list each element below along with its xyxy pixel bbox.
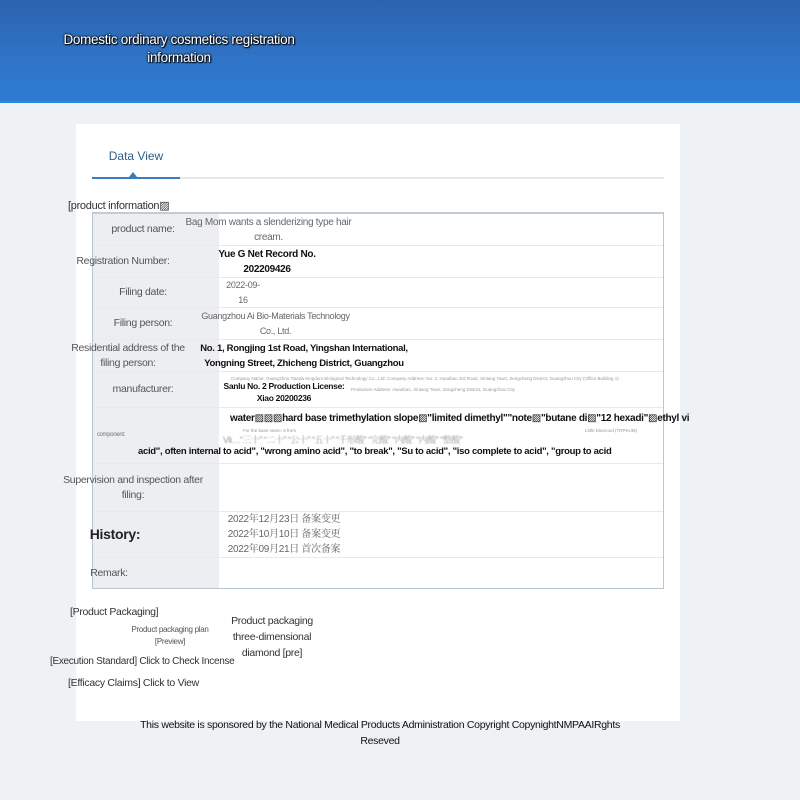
- history-entry: 2022年09月21日 首次备案: [224, 542, 344, 557]
- field-label: Residential address of the filing person…: [68, 340, 188, 371]
- table-row-filing-person: Filing person: Guangzhou Ai Bio-Material…: [93, 308, 663, 340]
- footer-copyright: This website is sponsored by the Nationa…: [140, 717, 620, 749]
- packaging-plan-label: Product packaging plan: [125, 624, 215, 636]
- product-info-table: product name: Bag Mom wants a slenderizi…: [92, 212, 664, 589]
- field-label: Remark:: [89, 558, 129, 589]
- page-title: Domestic ordinary cosmetics registration…: [60, 31, 298, 67]
- field-label: Filing date:: [63, 278, 223, 307]
- manufacturer-license: Sanlu No. 2 Production License: Xiao 202…: [219, 380, 349, 404]
- packaging-3d-link[interactable]: Product packaging three-dimensional diam…: [228, 613, 316, 661]
- filing-person-value: Guangzhou Ai Bio-Materials Technology Co…: [193, 308, 358, 339]
- component-line-1: water▨▨▨hard base trimethylation slope▨"…: [230, 413, 689, 424]
- field-label: History:: [85, 512, 145, 557]
- component-note-right: Little Diamond (TRPKUM): [585, 428, 637, 434]
- history-list: 2022年12月23日 备案变更 2022年10月10日 备案变更 2022年0…: [224, 512, 344, 557]
- packaging-plan-preview: [Preview]: [125, 636, 215, 648]
- field-label: component:: [91, 408, 131, 463]
- table-row-remark: Remark:: [93, 558, 663, 589]
- packaging-plan-link[interactable]: Product packaging plan [Preview]: [125, 624, 215, 648]
- table-row-history: History: 2022年12月23日 备案变更 2022年10月10日 备案…: [93, 512, 663, 558]
- table-row-product-name: product name: Bag Mom wants a slenderizi…: [93, 214, 663, 246]
- history-entry: 2022年10月10日 备案变更: [224, 527, 344, 542]
- table-row-component: component: water▨▨▨hard base trimethylat…: [93, 408, 663, 464]
- field-label: Supervision and inspection after filing:: [53, 464, 213, 511]
- tab-caret-icon: [129, 172, 137, 177]
- product-name-value: Bag Mom wants a slenderizing type hair c…: [181, 214, 356, 245]
- component-line-3: acid", often internal to acid", "wrong a…: [138, 446, 611, 457]
- table-row-manufacturer: manufacturer: Company Name: Guangzhou Ti…: [93, 372, 663, 408]
- field-label: Registration Number:: [73, 246, 173, 277]
- residential-address-value: No. 1, Rongjing 1st Road, Yingshan Inter…: [189, 340, 419, 371]
- history-entry: 2022年12月23日 备案变更: [224, 512, 344, 527]
- field-label: manufacturer:: [63, 372, 223, 407]
- component-line-2: Vii…“三十” “二十” “公十” “五十” “千形酸” “完酸” “内酸” …: [223, 433, 462, 446]
- table-row-supervision: Supervision and inspection after filing:: [93, 464, 663, 512]
- tab-label: Data View: [109, 149, 163, 163]
- table-row-filing-date: Filing date: 2022-09-16: [93, 278, 663, 308]
- page-header: Domestic ordinary cosmetics registration…: [0, 0, 800, 103]
- table-row-registration-number: Registration Number: Yue G Net Record No…: [93, 246, 663, 278]
- efficacy-claims-link[interactable]: [Efficacy Claims] Click to View: [68, 677, 199, 689]
- registration-number-value: Yue G Net Record No. 202209426: [197, 246, 337, 277]
- supervision-value: [223, 464, 523, 511]
- manufacturer-production-address: Production Address: Huanbao, Xintang Tow…: [351, 387, 515, 393]
- execution-standard-link[interactable]: [Execution Standard] Click to Check Ince…: [50, 656, 234, 667]
- section-title-product-info: [product information▨: [68, 199, 169, 212]
- tab-bar: Data View: [92, 145, 664, 179]
- tab-data-view[interactable]: Data View: [92, 145, 180, 179]
- table-row-residential-address: Residential address of the filing person…: [93, 340, 663, 372]
- section-title-product-packaging: [Product Packaging]: [70, 606, 158, 618]
- remark-value: [223, 558, 523, 589]
- filing-date-value: 2022-09-16: [223, 278, 263, 307]
